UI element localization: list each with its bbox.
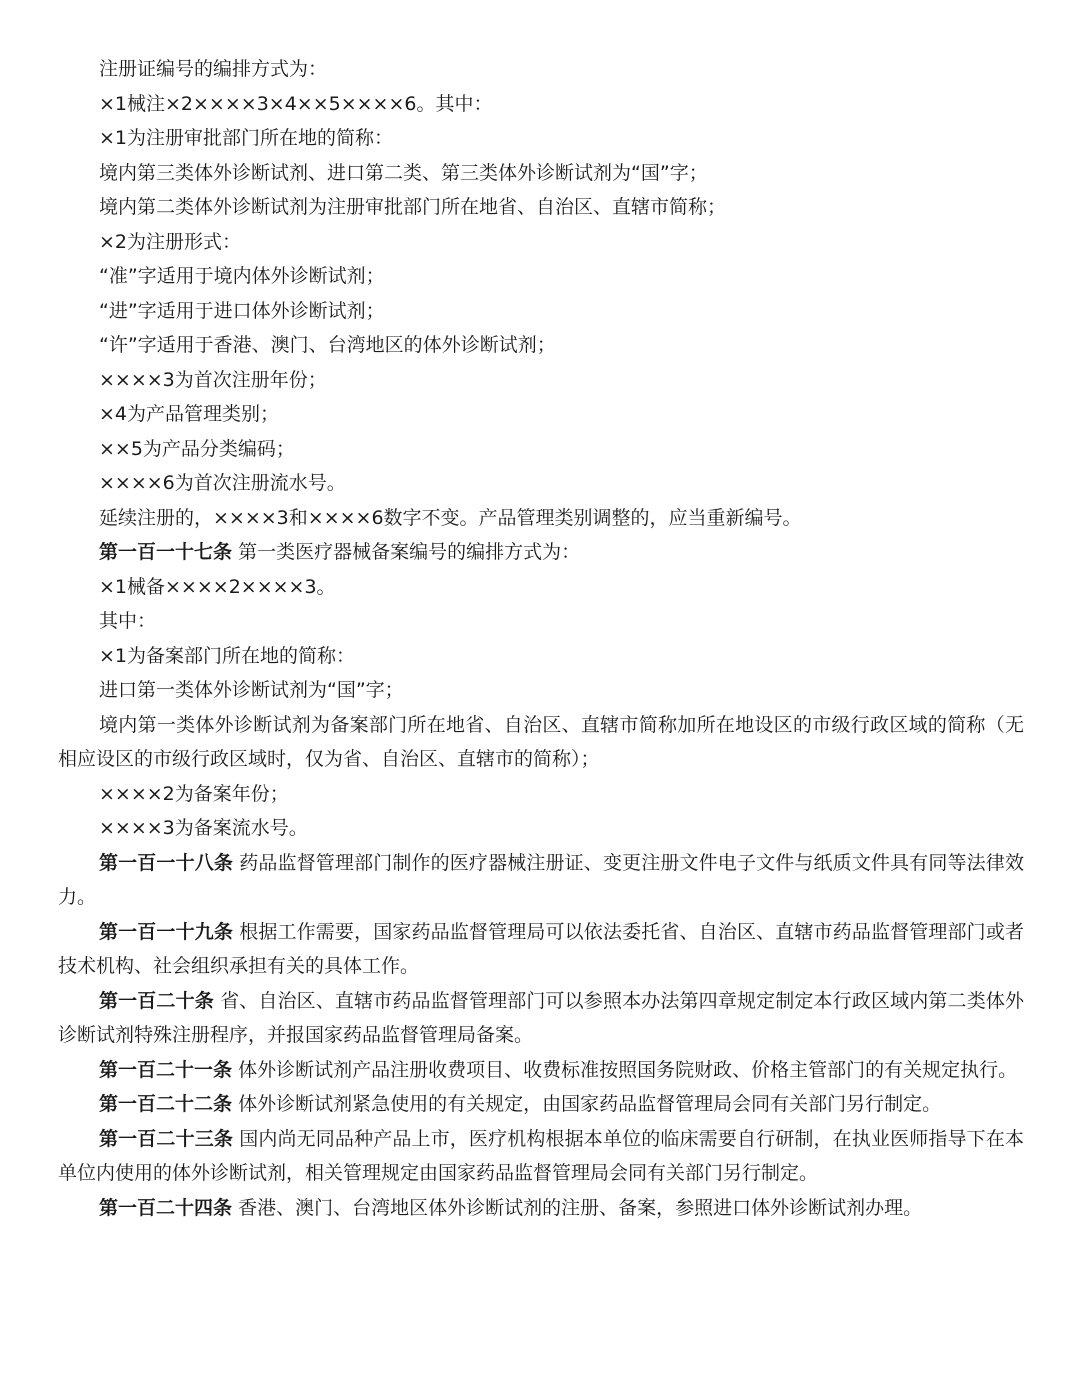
- text-line: ×1为注册审批部门所在地的简称：: [58, 121, 1024, 156]
- article-title: 第一百二十四条: [99, 1197, 232, 1219]
- text-line: 其中：: [58, 604, 1024, 639]
- article-text: 香港、澳门、台湾地区体外诊断试剂的注册、备案，参照进口体外诊断试剂办理。: [238, 1197, 922, 1219]
- text-line: ××××2为备案年份；: [58, 777, 1024, 812]
- article-title: 第一百一十八条: [99, 852, 233, 874]
- text-line: “进”字适用于进口体外诊断试剂；: [58, 294, 1024, 329]
- text-line: ××5为产品分类编码；: [58, 432, 1024, 467]
- text-line: 进口第一类体外诊断试剂为“国”字；: [58, 673, 1024, 708]
- document-page: 注册证编号的编排方式为： ×1械注×2××××3×4××5××××6。其中： ×…: [58, 52, 1024, 1225]
- article-122: 第一百二十二条 体外诊断试剂紧急使用的有关规定，由国家药品监督管理局会同有关部门…: [58, 1087, 1024, 1122]
- text-line: ×2为注册形式：: [58, 225, 1024, 260]
- article-text: 第一类医疗器械备案编号的编排方式为：: [238, 541, 580, 563]
- text-line: ×1械注×2××××3×4××5××××6。其中：: [58, 87, 1024, 122]
- text-line: “准”字适用于境内体外诊断试剂；: [58, 259, 1024, 294]
- article-118: 第一百一十八条 药品监督管理部门制作的医疗器械注册证、变更注册文件电子文件与纸质…: [58, 846, 1024, 915]
- article-text: 体外诊断试剂紧急使用的有关规定，由国家药品监督管理局会同有关部门另行制定。: [238, 1093, 941, 1115]
- article-text: 体外诊断试剂产品注册收费项目、收费标准按照国务院财政、价格主管部门的有关规定执行…: [238, 1059, 1017, 1081]
- text-line: 注册证编号的编排方式为：: [58, 52, 1024, 87]
- text-line: 境内第二类体外诊断试剂为注册审批部门所在地省、自治区、直辖市简称；: [58, 190, 1024, 225]
- paragraph: 境内第一类体外诊断试剂为备案部门所在地省、自治区、直辖市简称加所在地设区的市级行…: [58, 708, 1024, 777]
- text-line: ×1为备案部门所在地的简称：: [58, 639, 1024, 674]
- article-title: 第一百二十二条: [99, 1093, 232, 1115]
- text-line: 延续注册的，××××3和××××6数字不变。产品管理类别调整的，应当重新编号。: [58, 501, 1024, 536]
- article-120: 第一百二十条 省、自治区、直辖市药品监督管理部门可以参照本办法第四章规定制定本行…: [58, 984, 1024, 1053]
- article-121: 第一百二十一条 体外诊断试剂产品注册收费项目、收费标准按照国务院财政、价格主管部…: [58, 1053, 1024, 1088]
- article-title: 第一百二十条: [99, 990, 214, 1012]
- article-119: 第一百一十九条 根据工作需要，国家药品监督管理局可以依法委托省、自治区、直辖市药…: [58, 915, 1024, 984]
- text-line: ××××6为首次注册流水号。: [58, 466, 1024, 501]
- article-124: 第一百二十四条 香港、澳门、台湾地区体外诊断试剂的注册、备案，参照进口体外诊断试…: [58, 1191, 1024, 1226]
- article-117: 第一百一十七条 第一类医疗器械备案编号的编排方式为：: [58, 535, 1024, 570]
- text-line: ××××3为备案流水号。: [58, 811, 1024, 846]
- article-title: 第一百一十九条: [99, 921, 233, 943]
- article-title: 第一百一十七条: [99, 541, 232, 563]
- text-line: “许”字适用于香港、澳门、台湾地区的体外诊断试剂；: [58, 328, 1024, 363]
- text-line: ×4为产品管理类别；: [58, 397, 1024, 432]
- text-line: ×1械备××××2××××3。: [58, 570, 1024, 605]
- article-title: 第一百二十一条: [99, 1059, 232, 1081]
- article-123: 第一百二十三条 国内尚无同品种产品上市，医疗机构根据本单位的临床需要自行研制，在…: [58, 1122, 1024, 1191]
- article-title: 第一百二十三条: [99, 1128, 233, 1150]
- text-line: ××××3为首次注册年份；: [58, 363, 1024, 398]
- text-line: 境内第三类体外诊断试剂、进口第二类、第三类体外诊断试剂为“国”字；: [58, 156, 1024, 191]
